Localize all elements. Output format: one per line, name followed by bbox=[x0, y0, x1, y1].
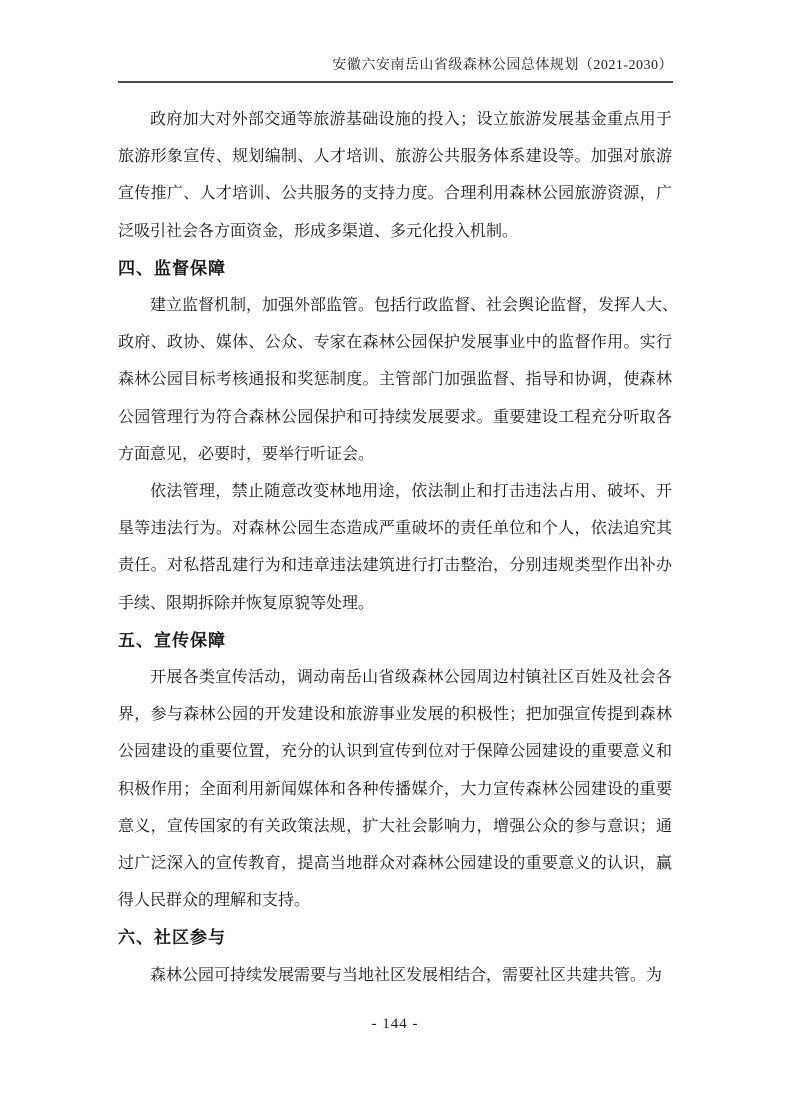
paragraph: 森林公园可持续发展需要与当地社区发展相结合，需要社区共建共管。为 bbox=[118, 957, 672, 994]
text-line: 建立监督机制，加强外部监管。包括行政监督、社会舆论监督，发挥人大、 bbox=[118, 287, 672, 324]
text-line: 泛吸引社会各方面资金，形成多渠道、多元化投入机制。 bbox=[118, 213, 672, 250]
section-heading: 四、监督保障 bbox=[118, 250, 672, 287]
text-line: 森林公园可持续发展需要与当地社区发展相结合，需要社区共建共管。为 bbox=[118, 957, 672, 994]
text-line: 垦等违法行为。对森林公园生态造成严重破坏的责任单位和个人，依法追究其 bbox=[118, 510, 672, 547]
page-header: 安徽六安南岳山省级森林公园总体规划（2021-2030） bbox=[118, 56, 673, 83]
text-line: 政府加大对外部交通等旅游基础设施的投入；设立旅游发展基金重点用于 bbox=[118, 101, 672, 138]
text-line: 宣传推广、人才培训、公共服务的支持力度。合理利用森林公园旅游资源，广 bbox=[118, 175, 672, 212]
text-line: 方面意见，必要时，要举行听证会。 bbox=[118, 436, 672, 473]
text-line: 森林公园目标考核通报和奖惩制度。主管部门加强监督、指导和协调，使森林 bbox=[118, 361, 672, 398]
section-heading: 五、宣传保障 bbox=[118, 622, 672, 659]
page-footer: - 144 - bbox=[0, 1013, 790, 1035]
text-line: 意义，宣传国家的有关政策法规，扩大社会影响力，增强公众的参与意识；通 bbox=[118, 808, 672, 845]
text-line: 手续、限期拆除并恢复原貌等处理。 bbox=[118, 585, 672, 622]
paragraph: 建立监督机制，加强外部监管。包括行政监督、社会舆论监督，发挥人大、政府、政协、媒… bbox=[118, 287, 672, 473]
text-line: 政府、政协、媒体、公众、专家在森林公园保护发展事业中的监督作用。实行 bbox=[118, 324, 672, 361]
text-line: 得人民群众的理解和支持。 bbox=[118, 882, 672, 919]
paragraph: 政府加大对外部交通等旅游基础设施的投入；设立旅游发展基金重点用于旅游形象宣传、规… bbox=[118, 101, 672, 250]
header-title: 安徽六安南岳山省级森林公园总体规划（2021-2030） bbox=[332, 58, 673, 73]
text-line: 开展各类宣传活动，调动南岳山省级森林公园周边村镇社区百姓及社会各 bbox=[118, 659, 672, 696]
text-line: 依法管理，禁止随意改变林地用途，依法制止和打击违法占用、破坏、开 bbox=[118, 473, 672, 510]
section-heading: 六、社区参与 bbox=[118, 919, 672, 956]
document-page: 安徽六安南岳山省级森林公园总体规划（2021-2030） 政府加大对外部交通等旅… bbox=[0, 0, 790, 1118]
paragraph: 开展各类宣传活动，调动南岳山省级森林公园周边村镇社区百姓及社会各界，参与森林公园… bbox=[118, 659, 672, 919]
text-line: 界，参与森林公园的开发建设和旅游事业发展的积极性；把加强宣传提到森林 bbox=[118, 696, 672, 733]
page-number: - 144 - bbox=[372, 1016, 419, 1032]
document-body: 政府加大对外部交通等旅游基础设施的投入；设立旅游发展基金重点用于旅游形象宣传、规… bbox=[118, 101, 672, 994]
paragraph: 依法管理，禁止随意改变林地用途，依法制止和打击违法占用、破坏、开垦等违法行为。对… bbox=[118, 473, 672, 622]
text-line: 过广泛深入的宣传教育，提高当地群众对森林公园建设的重要意义的认识，赢 bbox=[118, 845, 672, 882]
text-line: 旅游形象宣传、规划编制、人才培训、旅游公共服务体系建设等。加强对旅游 bbox=[118, 138, 672, 175]
text-line: 公园管理行为符合森林公园保护和可持续发展要求。重要建设工程充分听取各 bbox=[118, 399, 672, 436]
text-line: 责任。对私搭乱建行为和违章违法建筑进行打击整治，分别违规类型作出补办 bbox=[118, 547, 672, 584]
text-line: 公园建设的重要位置，充分的认识到宣传到位对于保障公园建设的重要意义和 bbox=[118, 733, 672, 770]
text-line: 积极作用；全面利用新闻媒体和各种传播媒介，大力宣传森林公园建设的重要 bbox=[118, 771, 672, 808]
